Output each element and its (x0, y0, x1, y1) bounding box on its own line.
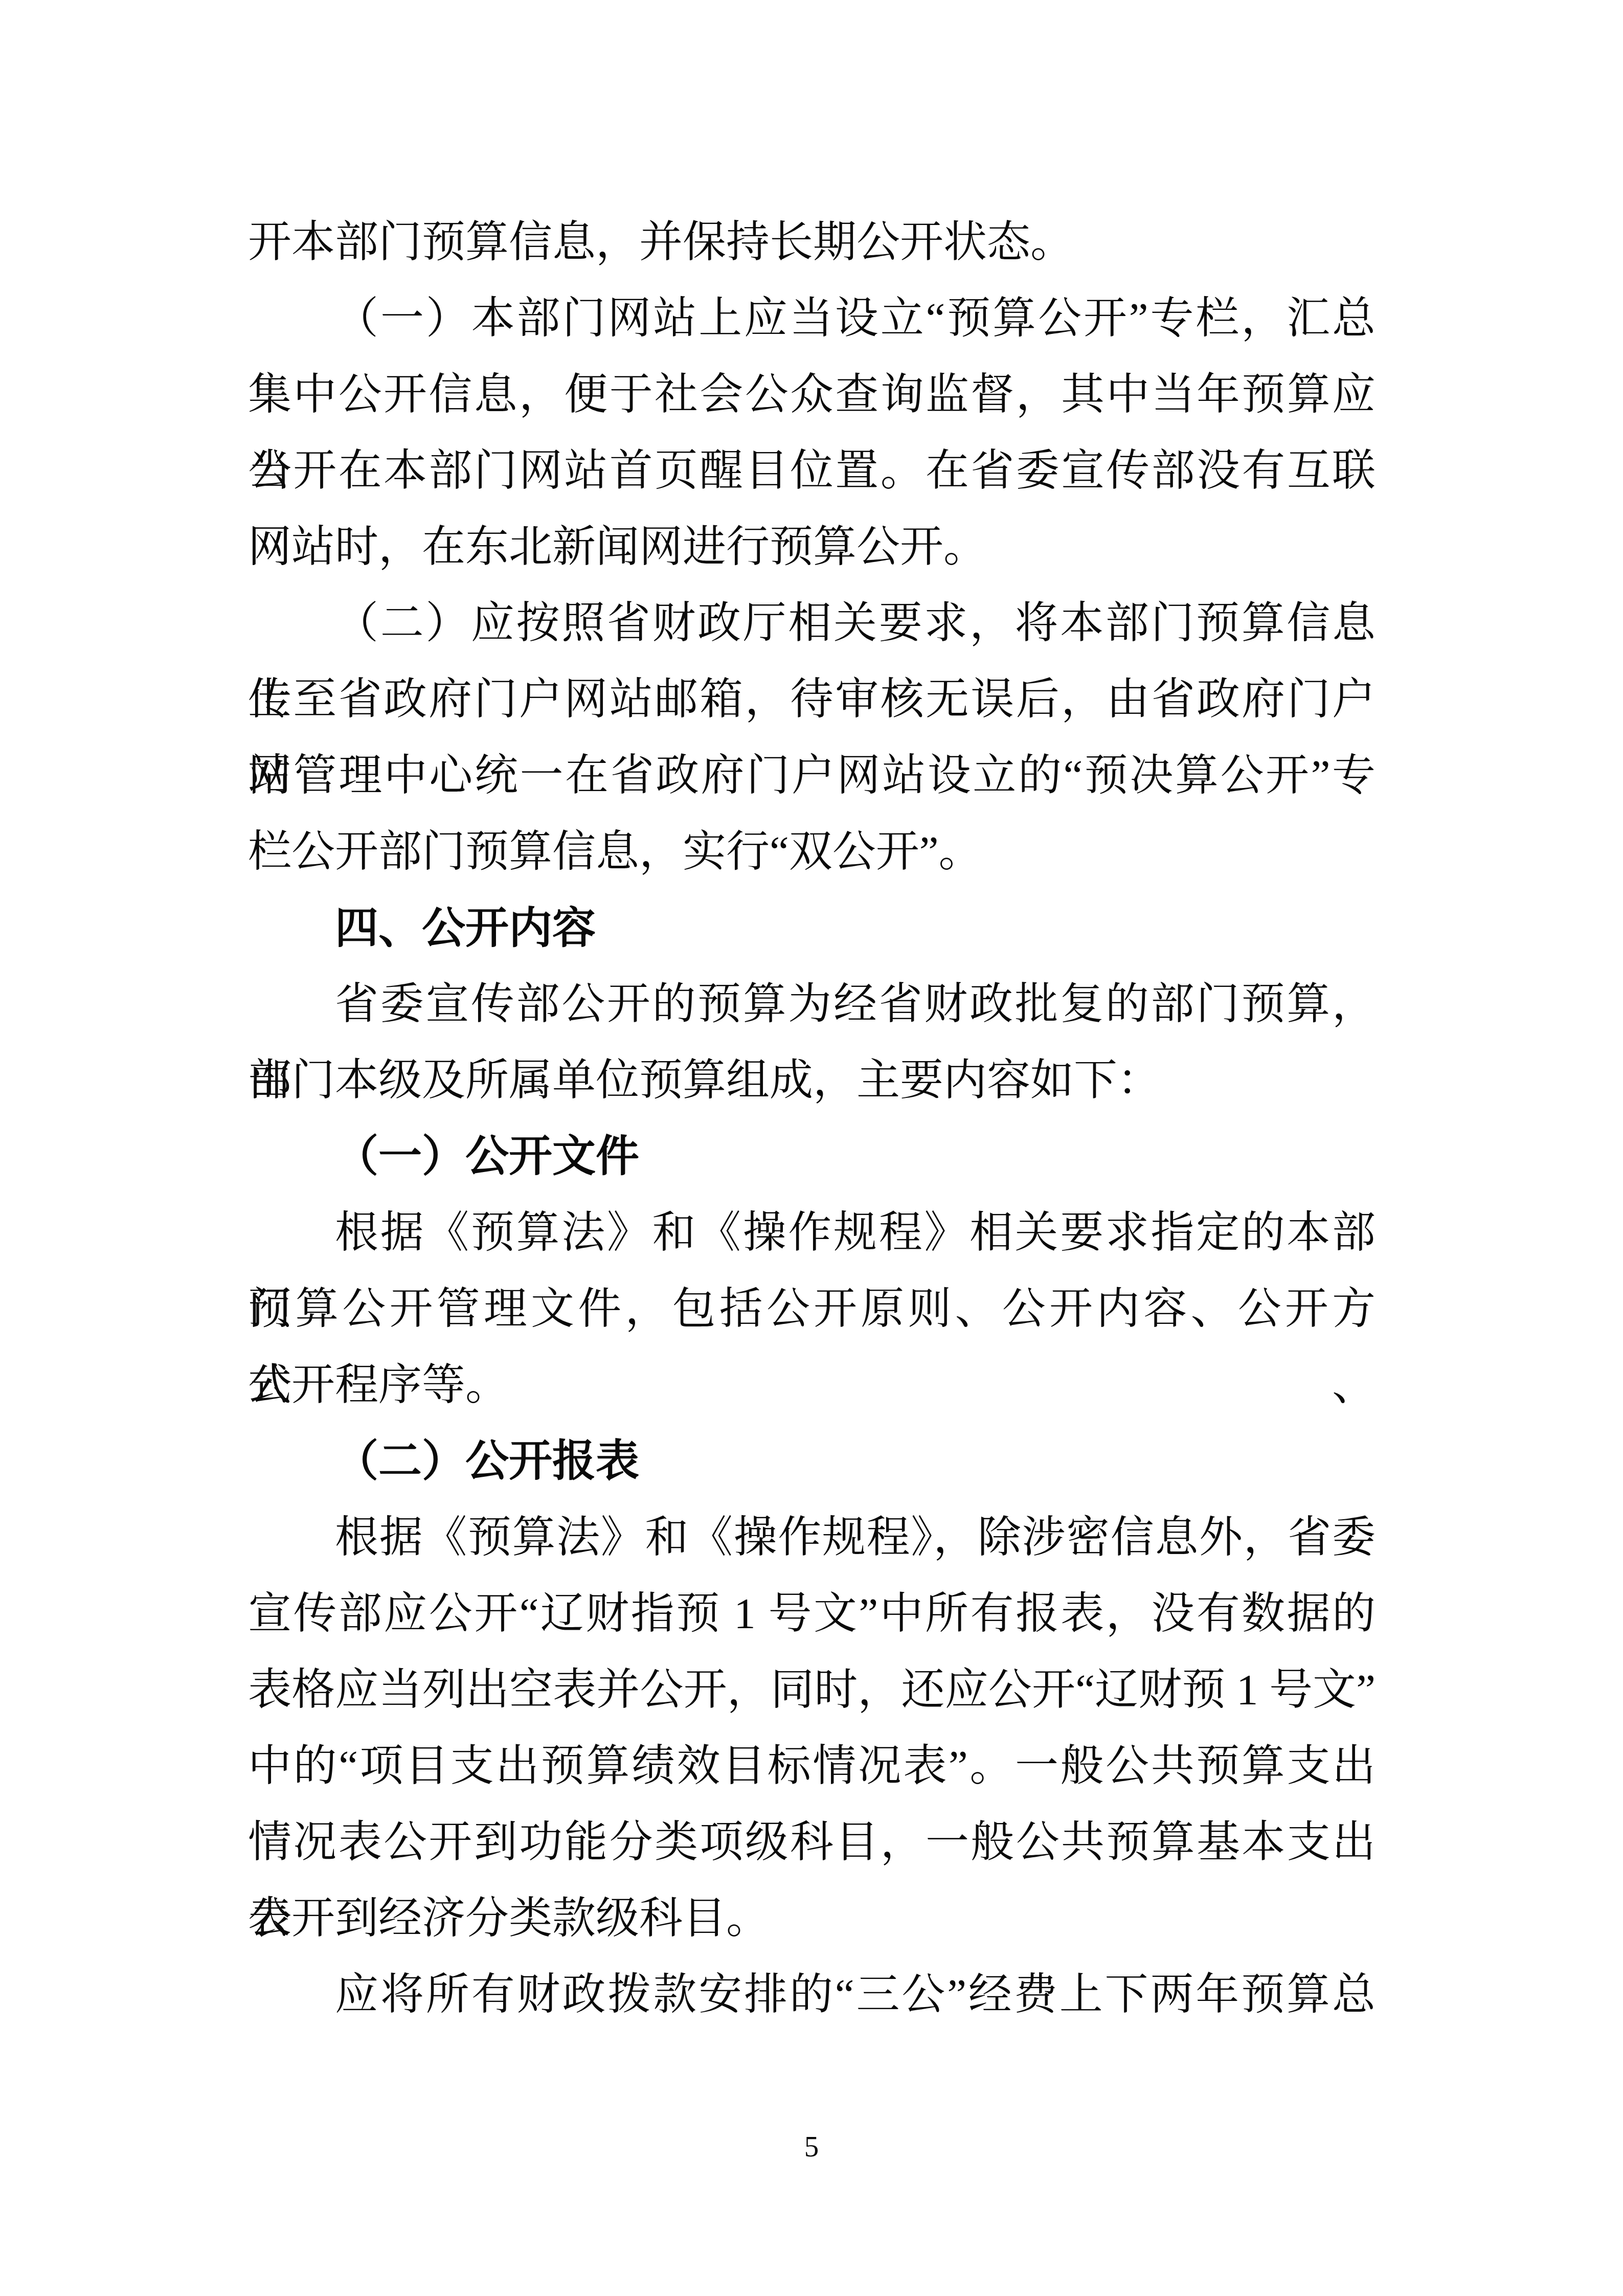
document-page: 开本部门预算信息，并保持长期公开状态。 （一）本部门网站上应当设立“预算公开”专… (0, 0, 1623, 2296)
subsection-heading-1: （一）公开文件 (248, 1119, 1376, 1195)
body-line: 表格应当列出空表并公开，同时，还应公开“辽财预 1 号文” (248, 1652, 1376, 1728)
section-heading-4: 四、公开内容 (248, 890, 1376, 966)
body-line: 预算公开管理文件，包括公开原则、公开内容、公开方式、 (248, 1271, 1376, 1347)
subsection-heading-2: （二）公开报表 (248, 1424, 1376, 1500)
body-line: 传至省政府门户网站邮箱，待审核无误后，由省政府门户网 (248, 662, 1376, 738)
body-line: 集中公开信息，便于社会公众查询监督，其中当年预算应当 (248, 357, 1376, 433)
body-line: （一）本部门网站上应当设立“预算公开”专栏，汇总 (248, 281, 1376, 357)
body-line: 根据《预算法》和《操作规程》，除涉密信息外，省委 (248, 1500, 1376, 1576)
body-line: （二）应按照省财政厅相关要求，将本部门预算信息上 (248, 586, 1376, 662)
body-line: 站管理中心统一在省政府门户网站设立的“预决算公开”专 (248, 738, 1376, 814)
document-body: 开本部门预算信息，并保持长期公开状态。 （一）本部门网站上应当设立“预算公开”专… (248, 205, 1376, 2033)
body-line: 开本部门预算信息，并保持长期公开状态。 (248, 205, 1376, 281)
body-line: 网站时，在东北新闻网进行预算公开。 (248, 509, 1376, 586)
body-line: 情况表公开到功能分类项级科目，一般公共预算基本支出表 (248, 1805, 1376, 1881)
page-number: 5 (0, 2131, 1623, 2163)
body-line: 公开在本部门网站首页醒目位置。在省委宣传部没有互联网 (248, 433, 1376, 509)
body-line: 根据《预算法》和《操作规程》相关要求指定的本部门 (248, 1195, 1376, 1271)
body-line: 宣传部应公开“辽财指预 1 号文”中所有报表，没有数据的 (248, 1576, 1376, 1652)
body-line: 栏公开部门预算信息，实行“双公开”。 (248, 814, 1376, 890)
body-line: 部门本级及所属单位预算组成，主要内容如下： (248, 1043, 1376, 1119)
body-line: 应将所有财政拨款安排的“三公”经费上下两年预算总 (248, 1957, 1376, 2033)
body-line: 中的“项目支出预算绩效目标情况表”。一般公共预算支出 (248, 1728, 1376, 1805)
body-line: 省委宣传部公开的预算为经省财政批复的部门预算，由 (248, 966, 1376, 1043)
body-line: 公开到经济分类款级科目。 (248, 1881, 1376, 1957)
